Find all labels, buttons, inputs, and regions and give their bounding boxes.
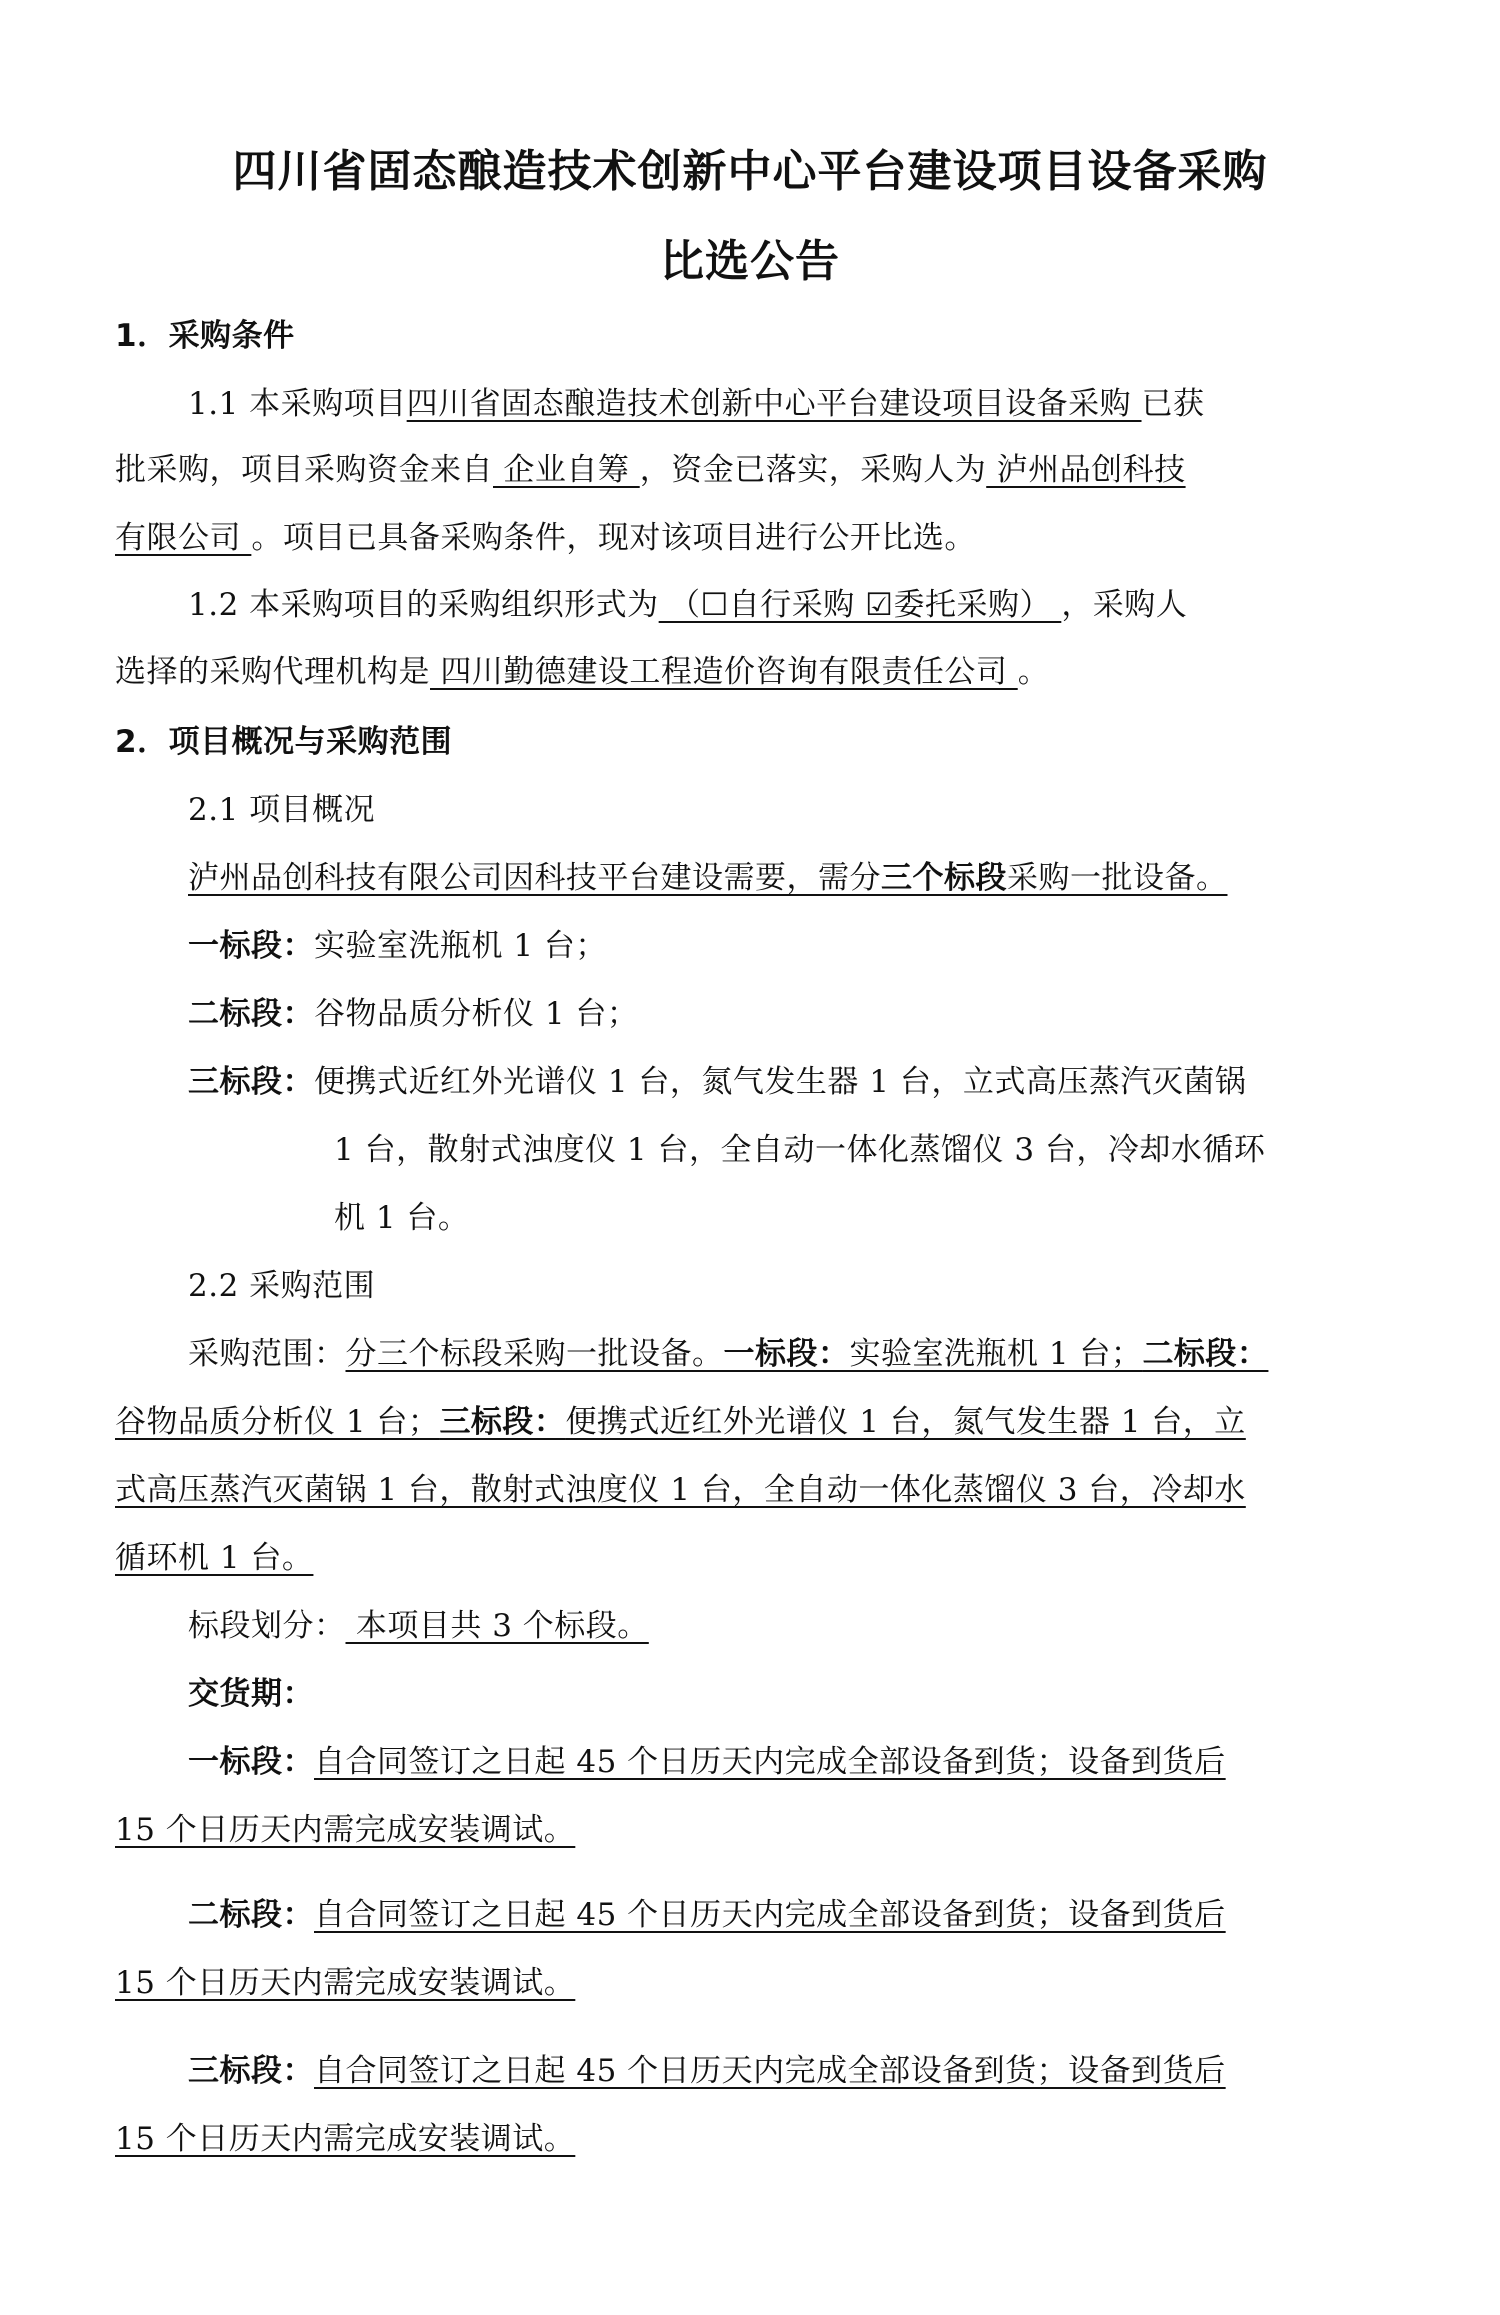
text: ，资金已落实，采购人为 [640, 452, 987, 488]
text: 谷物品质分析仪 1 台； [115, 1404, 439, 1440]
text: 1.1 本采购项目 [188, 386, 407, 422]
text: 泸州品创科技有限公司因科技平台建设需要，需分 [188, 860, 881, 896]
delivery-text: 自合同签订之日起 45 个日历天内完成全部设备到货；设备到货后 [314, 1897, 1226, 1933]
title-line-2: 比选公告 [0, 225, 1500, 289]
section-1-heading: 1．采购条件 [115, 316, 295, 356]
fund-source: 企业自筹 [493, 452, 640, 488]
lot-text: 谷物品质分析仪 1 台； [314, 996, 638, 1032]
lot-label: 一标段： [188, 1744, 314, 1780]
lot-3: 三标段：便携式近红外光谱仪 1 台，氮气发生器 1 台，立式高压蒸汽灭菌锅 [188, 1062, 1246, 1102]
division-line: 标段划分： 本项目共 3 个标段。 [188, 1606, 649, 1646]
text: 采购一批设备。 [1007, 860, 1228, 896]
division-label: 标段划分： [188, 1608, 346, 1644]
delivery-text: 自合同签订之日起 45 个日历天内完成全部设备到货；设备到货后 [314, 2053, 1226, 2089]
procurement-form: （☐自行采购 ☑委托采购） [659, 587, 1062, 623]
document-page: 四川省固态酿造技术创新中心平台建设项目设备采购 比选公告 1．采购条件 1.1 … [0, 0, 1500, 2315]
para-1-1-line-1: 1.1 本采购项目四川省固态酿造技术创新中心平台建设项目设备采购 已获 [188, 384, 1205, 424]
lot-1: 一标段：实验室洗瓶机 1 台； [188, 926, 607, 966]
lot-3-cont-1: 1 台，散射式浊度仪 1 台，全自动一体化蒸馏仪 3 台，冷却水循环 [334, 1130, 1265, 1170]
text: 便携式近红外光谱仪 1 台，氮气发生器 1 台，立 [565, 1404, 1245, 1440]
delivery-lot-1-line-1: 一标段：自合同签订之日起 45 个日历天内完成全部设备到货；设备到货后 [188, 1742, 1226, 1782]
text: 。 [1018, 654, 1050, 690]
delivery-text: 自合同签订之日起 45 个日历天内完成全部设备到货；设备到货后 [314, 1744, 1226, 1780]
para-1-2-line-1: 1.2 本采购项目的采购组织形式为 （☐自行采购 ☑委托采购） ，采购人 [188, 585, 1187, 625]
text-bold: 一标段： [724, 1336, 850, 1372]
para-1-2-line-2: 选择的采购代理机构是 四川勤德建设工程造价咨询有限责任公司 。 [115, 652, 1049, 692]
scope-line-1: 采购范围：分三个标段采购一批设备。一标段：实验室洗瓶机 1 台；二标段： [188, 1334, 1268, 1374]
text-bold: 三标段： [439, 1404, 565, 1440]
section-2-heading: 2．项目概况与采购范围 [115, 722, 452, 762]
scope-line-3: 式高压蒸汽灭菌锅 1 台，散射式浊度仪 1 台，全自动一体化蒸馏仪 3 台，冷却… [115, 1470, 1246, 1510]
division-value: 本项目共 3 个标段。 [346, 1608, 649, 1644]
lot-label: 三标段： [188, 2053, 314, 2089]
scope-line-2: 谷物品质分析仪 1 台；三标段：便携式近红外光谱仪 1 台，氮气发生器 1 台，… [115, 1402, 1246, 1442]
scope-label: 采购范围： [188, 1336, 346, 1372]
subsection-2-1: 2.1 项目概况 [188, 790, 375, 830]
overview-line: 泸州品创科技有限公司因科技平台建设需要，需分三个标段采购一批设备。 [188, 858, 1228, 898]
title-line-1: 四川省固态酿造技术创新中心平台建设项目设备采购 [0, 135, 1500, 199]
purchaser: 泸州品创科技 [986, 452, 1185, 488]
lot-label: 一标段： [188, 928, 314, 964]
text-bold: 三个标段 [881, 860, 1007, 896]
delivery-lot-3-line-2: 15 个日历天内需完成安装调试。 [115, 2119, 575, 2159]
subsection-2-2: 2.2 采购范围 [188, 1266, 375, 1306]
text: 分三个标段采购一批设备。 [346, 1336, 724, 1372]
lot-label: 三标段： [188, 1064, 314, 1100]
text: 批采购，项目采购资金来自 [115, 452, 493, 488]
delivery-heading: 交货期： [188, 1674, 314, 1714]
lot-label: 二标段： [188, 996, 314, 1032]
para-1-1-line-3: 有限公司 。项目已具备采购条件，现对该项目进行公开比选。 [115, 518, 976, 558]
text-bold: 二标段： [1142, 1336, 1268, 1372]
delivery-lot-2-line-2: 15 个日历天内需完成安装调试。 [115, 1963, 575, 2003]
delivery-lot-3-line-1: 三标段：自合同签订之日起 45 个日历天内完成全部设备到货；设备到货后 [188, 2051, 1226, 2091]
text: 实验室洗瓶机 1 台； [850, 1336, 1143, 1372]
purchaser-cont: 有限公司 [115, 520, 251, 556]
agency: 四川勤德建设工程造价咨询有限责任公司 [430, 654, 1018, 690]
project-name: 四川省固态酿造技术创新中心平台建设项目设备采购 [407, 386, 1142, 422]
scope-text: 分三个标段采购一批设备。一标段：实验室洗瓶机 1 台；二标段： [346, 1336, 1269, 1372]
text: 1.2 本采购项目的采购组织形式为 [188, 587, 659, 623]
lot-3-cont-2: 机 1 台。 [334, 1198, 469, 1238]
lot-text: 实验室洗瓶机 1 台； [314, 928, 607, 964]
para-1-1-line-2: 批采购，项目采购资金来自 企业自筹 ，资金已落实，采购人为 泸州品创科技 [115, 450, 1186, 490]
text: ，采购人 [1061, 587, 1187, 623]
lot-label: 二标段： [188, 1897, 314, 1933]
text: 已获 [1142, 386, 1205, 422]
delivery-lot-2-line-1: 二标段：自合同签订之日起 45 个日历天内完成全部设备到货；设备到货后 [188, 1895, 1226, 1935]
text: 。项目已具备采购条件，现对该项目进行公开比选。 [251, 520, 976, 556]
scope-line-4: 循环机 1 台。 [115, 1538, 313, 1578]
lot-2: 二标段：谷物品质分析仪 1 台； [188, 994, 638, 1034]
lot-text: 便携式近红外光谱仪 1 台，氮气发生器 1 台，立式高压蒸汽灭菌锅 [314, 1064, 1246, 1100]
text: 选择的采购代理机构是 [115, 654, 430, 690]
delivery-lot-1-line-2: 15 个日历天内需完成安装调试。 [115, 1810, 575, 1850]
